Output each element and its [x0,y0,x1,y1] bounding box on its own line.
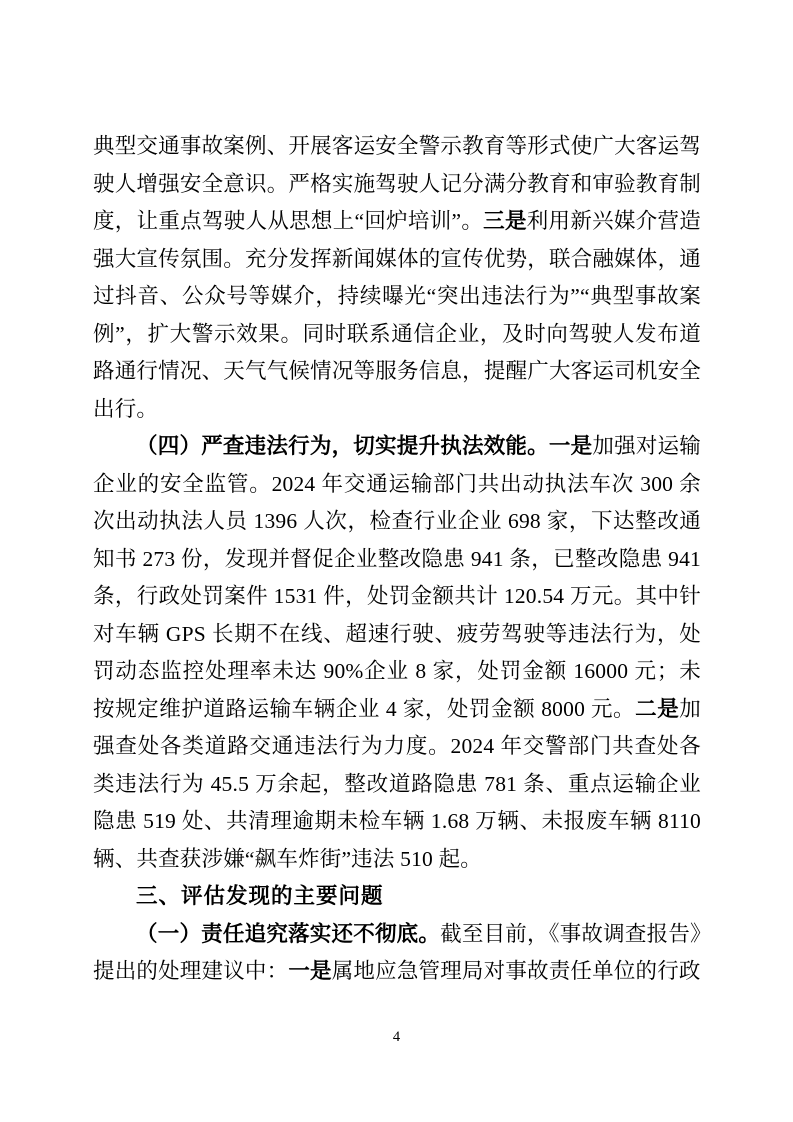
section-heading-three: 三、评估发现的主要问题 [93,878,701,916]
bold-run-yishi: 一是 [288,959,331,983]
paragraph-text: 加强对运输企业的安全监管。2024 年交通运输部门共出动执法车次 300 余次出… [93,434,701,721]
page-body: 典型交通事故案例、开展客运安全警示教育等形式使广大客运驾驶人增强安全意识。严格实… [93,128,701,991]
body-paragraph-item-one: （一）责任追究落实还不彻底。截至目前，《事故调查报告》提出的处理建议中：一是属地… [93,916,701,991]
page-number: 4 [0,1029,793,1046]
bold-run-ershi: 二是 [635,697,679,721]
body-paragraph-continuation: 典型交通事故案例、开展客运安全警示教育等形式使广大客运驾驶人增强安全意识。严格实… [93,128,701,428]
bold-run-sanshi: 三是 [483,209,527,233]
section-lead-item-one: （一）责任追究落实还不彻底。 [136,922,440,946]
paragraph-text: 加强查处各类道路交通违法行为力度。2024 年交警部门共查处各类违法行为 45.… [93,697,701,871]
paragraph-text: 利用新兴媒介营造强大宣传氛围。充分发挥新闻媒体的宣传优势，联合融媒体，通过抖音、… [93,209,701,421]
document-page: 典型交通事故案例、开展客运安全警示教育等形式使广大客运驾驶人增强安全意识。严格实… [0,0,793,1122]
section-lead-item-four: （四）严查违法行为，切实提升执法效能。 [136,434,549,458]
body-paragraph-item-four: （四）严查违法行为，切实提升执法效能。一是加强对运输企业的安全监管。2024 年… [93,428,701,878]
paragraph-text: 属地应急管理局对事故责任单位的行政 [332,959,701,983]
bold-run-yishi: 一是 [549,434,592,458]
